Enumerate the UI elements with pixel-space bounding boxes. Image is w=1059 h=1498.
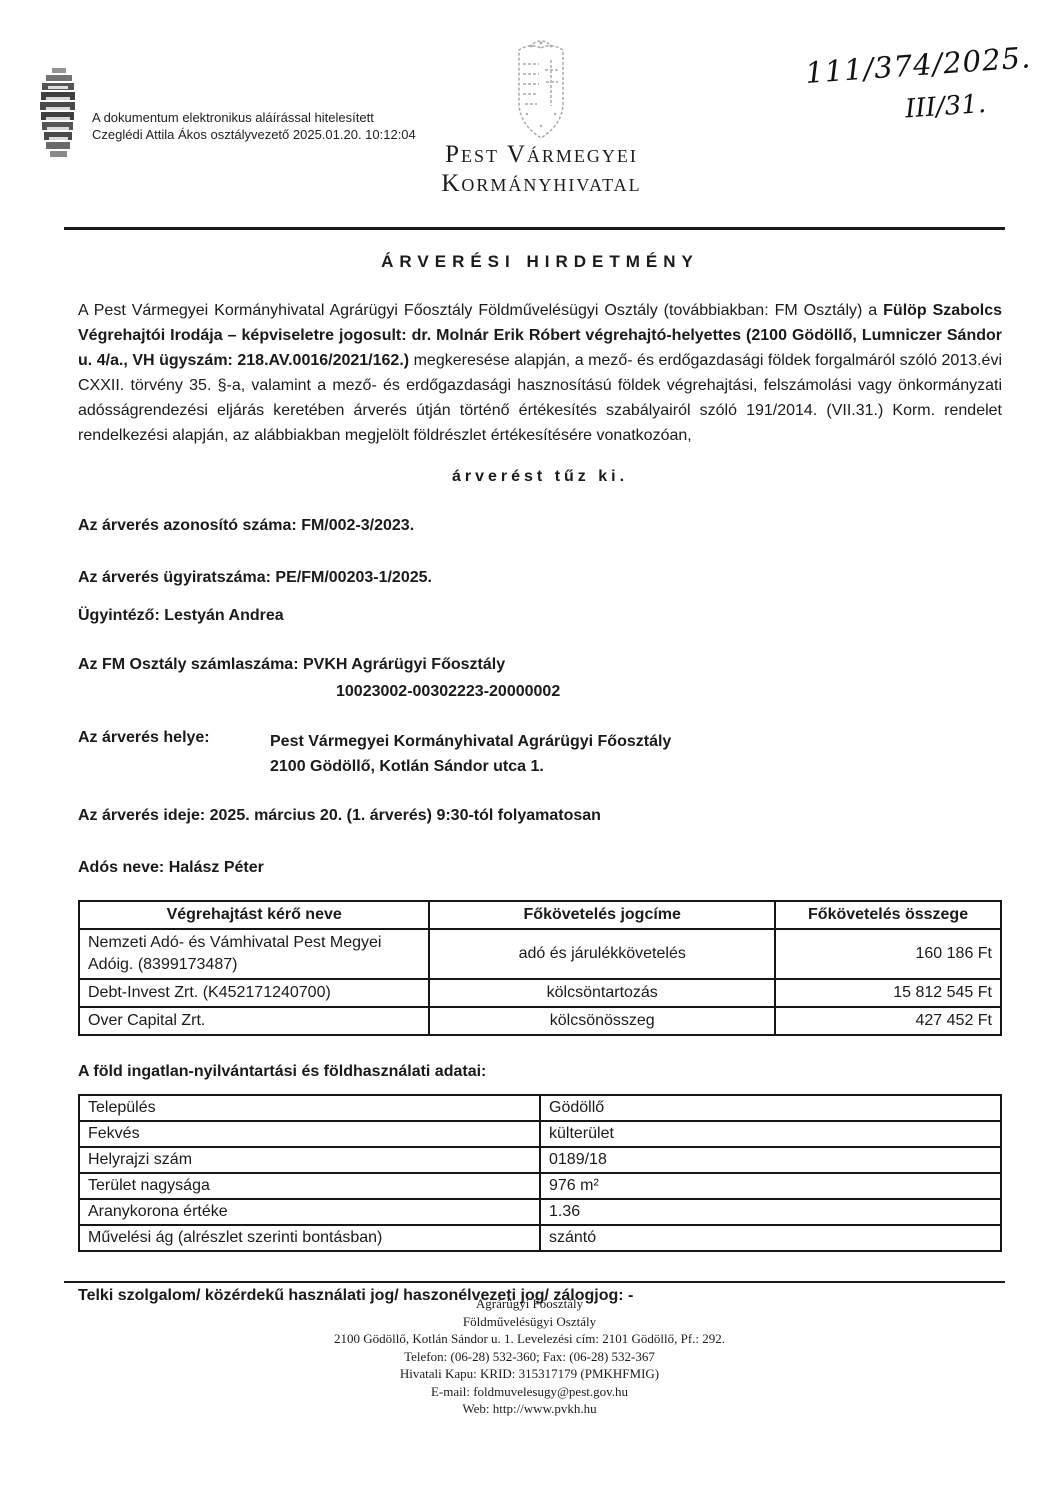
claims-cell: 15 812 545 Ft	[775, 979, 1001, 1007]
claims-cell: kölcsönösszeg	[429, 1007, 775, 1035]
intro-part1: A Pest Vármegyei Kormányhivatal Agrárügy…	[78, 302, 883, 319]
document-body: ÁRVERÉSI HIRDETMÉNY A Pest Vármegyei Kor…	[78, 240, 1002, 1308]
auction-place-line2: 2100 Gödöllő, Kotlán Sándor utca 1.	[270, 758, 544, 775]
footer-line-email: E-mail: foldmuvelesugy@pest.gov.hu	[0, 1383, 1059, 1401]
land-value: szántó	[540, 1225, 1001, 1251]
org-name: Pest Vármegyei Kormányhivatal	[12, 140, 1059, 198]
table-row: Település Gödöllő	[79, 1095, 1001, 1121]
claims-cell: 427 452 Ft	[775, 1007, 1001, 1035]
land-data-table: Település Gödöllő Fekvés külterület Hely…	[78, 1094, 1002, 1252]
land-value: Gödöllő	[540, 1095, 1001, 1121]
account-line: Az FM Osztály számlaszáma: PVKH Agrárügy…	[78, 653, 1002, 704]
land-value: 1.36	[540, 1199, 1001, 1225]
account-number: 10023002-00302223-20000002	[78, 680, 1002, 704]
land-label: Település	[79, 1095, 540, 1121]
land-label: Művelési ág (alrészlet szerinti bontásba…	[79, 1225, 540, 1251]
table-row: Debt-Invest Zrt. (K452171240700) kölcsön…	[79, 979, 1001, 1007]
table-row: Terület nagysága 976 m²	[79, 1173, 1001, 1199]
account-name: PVKH Agrárügyi Főosztály	[303, 656, 505, 673]
handwritten-file-number: 111/374/2025. III/31.	[805, 48, 1035, 120]
land-label: Aranykorona értéke	[79, 1199, 540, 1225]
auction-place-line1: Pest Vármegyei Kormányhivatal Agrárügyi …	[270, 733, 671, 750]
footer-line-address: 2100 Gödöllő, Kotlán Sándor u. 1. Levele…	[0, 1330, 1059, 1348]
land-value: 0189/18	[540, 1147, 1001, 1173]
auction-place-label: Az árverés helye:	[78, 729, 270, 779]
proclamation: árverést tűz ki.	[78, 468, 1002, 486]
land-data-heading: A föld ingatlan-nyilvántartási és földha…	[78, 1060, 1002, 1084]
footer-line-department: Agrárügyi Főosztály	[0, 1295, 1059, 1313]
auction-id-line: Az árverés azonosító száma: FM/002-3/202…	[78, 514, 1002, 538]
intro-paragraph: A Pest Vármegyei Kormányhivatal Agrárügy…	[78, 298, 1002, 448]
auction-place-value: Pest Vármegyei Kormányhivatal Agrárügyi …	[270, 729, 671, 779]
footer-line-krid: Hivatali Kapu: KRID: 315317179 (PMKHFMIG…	[0, 1365, 1059, 1383]
table-row: Nemzeti Adó- és Vámhivatal Pest Megyei A…	[79, 929, 1001, 979]
auction-time-line: Az árverés ideje: 2025. március 20. (1. …	[78, 804, 1002, 828]
land-value: 976 m²	[540, 1173, 1001, 1199]
claims-header-row: Végrehajtást kérő neve Főkövetelés jogcí…	[79, 901, 1001, 929]
table-row: Művelési ág (alrészlet szerinti bontásba…	[79, 1225, 1001, 1251]
claims-header-title: Főkövetelés jogcíme	[429, 901, 775, 929]
coat-of-arms-icon	[505, 40, 577, 144]
claims-cell: kölcsöntartozás	[429, 979, 775, 1007]
land-label: Terület nagysága	[79, 1173, 540, 1199]
footer-divider	[64, 1281, 1005, 1283]
claims-header-creditor: Végrehajtást kérő neve	[79, 901, 429, 929]
account-label: Az FM Osztály számlaszáma:	[78, 656, 299, 673]
table-row: Helyrajzi szám 0189/18	[79, 1147, 1001, 1173]
handwritten-line2: III/31.	[904, 86, 1036, 125]
claims-cell: Debt-Invest Zrt. (K452171240700)	[79, 979, 429, 1007]
land-value: külterület	[540, 1121, 1001, 1147]
claims-table: Végrehajtást kérő neve Főkövetelés jogcí…	[78, 900, 1002, 1036]
claims-cell: Nemzeti Adó- és Vámhivatal Pest Megyei A…	[79, 929, 429, 979]
footer-line-unit: Földművelésügyi Osztály	[0, 1313, 1059, 1331]
land-label: Helyrajzi szám	[79, 1147, 540, 1173]
debtor-line: Adós neve: Halász Péter	[78, 856, 1002, 880]
table-row: Aranykorona értéke 1.36	[79, 1199, 1001, 1225]
footer-line-phone: Telefon: (06-28) 532-360; Fax: (06-28) 5…	[0, 1348, 1059, 1366]
land-label: Fekvés	[79, 1121, 540, 1147]
signature-stamp-line1: A dokumentum elektronikus aláírással hit…	[92, 109, 416, 126]
table-row: Fekvés külterület	[79, 1121, 1001, 1147]
handwritten-line1: 111/374/2025.	[804, 40, 1036, 90]
org-name-line1: Pest Vármegyei	[12, 140, 1059, 169]
table-row: Over Capital Zrt. kölcsönösszeg 427 452 …	[79, 1007, 1001, 1035]
org-name-line2: Kormányhivatal	[12, 169, 1059, 198]
clerk-line: Ügyintéző: Lestyán Andrea	[78, 604, 1002, 628]
claims-cell: Over Capital Zrt.	[79, 1007, 429, 1035]
document-page: A dokumentum elektronikus aláírással hit…	[0, 0, 1059, 1498]
footer: Agrárügyi Főosztály Földművelésügyi Oszt…	[0, 1295, 1059, 1418]
claims-cell: 160 186 Ft	[775, 929, 1001, 979]
document-title: ÁRVERÉSI HIRDETMÉNY	[78, 252, 1002, 272]
claims-cell: adó és járulékkövetelés	[429, 929, 775, 979]
case-number-line: Az árverés ügyiratszáma: PE/FM/00203-1/2…	[78, 566, 1002, 590]
auction-place: Az árverés helye: Pest Vármegyei Kormány…	[78, 729, 1002, 779]
header-divider	[64, 227, 1005, 230]
signature-stamp-text: A dokumentum elektronikus aláírással hit…	[92, 83, 416, 143]
claims-header-amount: Főkövetelés összege	[775, 901, 1001, 929]
footer-line-web: Web: http://www.pvkh.hu	[0, 1400, 1059, 1418]
